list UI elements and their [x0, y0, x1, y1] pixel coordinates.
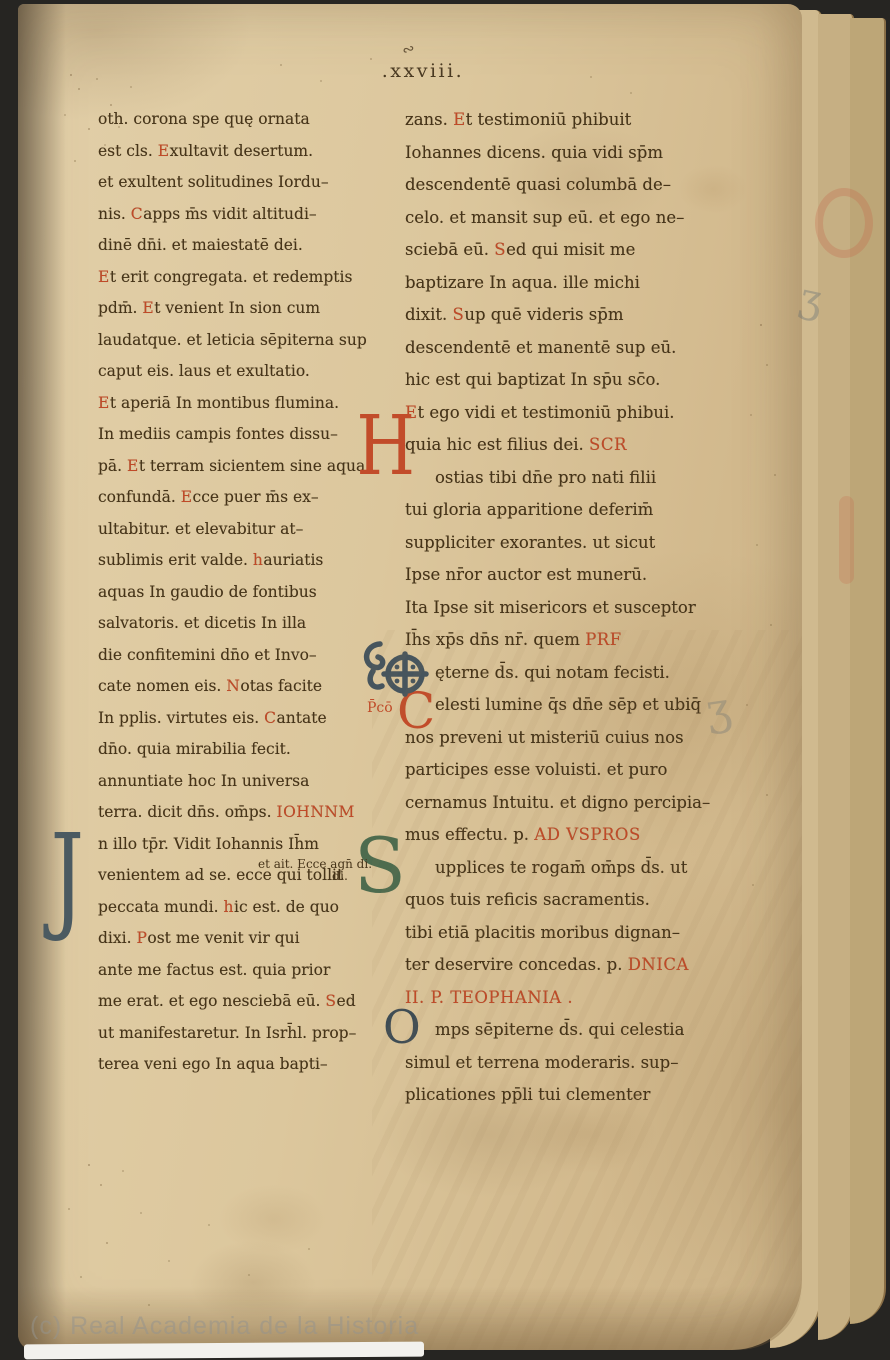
manuscript-text: et exultent solitudines Iordu–	[98, 173, 329, 191]
text-line: caput eis. laus et exultatio.	[98, 356, 367, 388]
manuscript-text: terra. dicit dn̄s. om̄ps.	[98, 803, 276, 821]
text-line: descendentē quasi columbā de–	[405, 169, 710, 202]
text-line: Ita Ipse sit misericors et susceptor	[405, 592, 710, 625]
text-line: elesti lumine q̄s dn̄e sēp et ubiq̄	[405, 689, 710, 722]
manuscript-text: pdm̄.	[98, 299, 142, 317]
manuscript-text: otas facite	[240, 677, 322, 695]
text-line: sciebā eū. Sed qui misit me	[405, 234, 710, 267]
text-line: Iohannes dicens. quia vidi sp̄m	[405, 137, 710, 170]
manuscript-text: Ita Ipse sit misericors et susceptor	[405, 598, 696, 617]
manuscript-text: quos tuis reficis sacramentis.	[405, 890, 650, 909]
text-line: dinē dn̄i. et maiestatē dei.	[98, 230, 367, 262]
rubric-text: N	[226, 677, 240, 695]
manuscript-text: auriatis	[263, 551, 323, 569]
manuscript-text: Iohannes dicens. quia vidi sp̄m	[405, 143, 663, 162]
manuscript-text: ost me venit vir qui	[147, 929, 299, 947]
pen-trial-mark: ∾	[400, 38, 418, 59]
text-line: dn̄o. quia mirabilia fecit.	[98, 734, 367, 766]
text-line: II. P. TEOPHANIA .	[405, 982, 710, 1015]
manuscript-text: ed qui misit me	[506, 240, 635, 259]
manuscript-text: annuntiate hoc In universa	[98, 772, 309, 790]
manuscript-text: antate	[277, 709, 327, 727]
rubric-text: E	[158, 142, 170, 160]
text-line: confundā. Ecce puer m̄s ex–	[98, 482, 367, 514]
initial-caelesti-c: C	[397, 686, 435, 736]
manuscript-text: up quē videris sp̄m	[464, 305, 623, 324]
text-line: quos tuis reficis sacramentis.	[405, 884, 710, 917]
manuscript-text: xultavit desertum.	[170, 142, 314, 160]
text-line: ultabitur. et elevabitur at–	[98, 514, 367, 546]
manuscript-text: ultabitur. et elevabitur at–	[98, 520, 303, 538]
text-line: Et erit congregata. et redemptis	[98, 262, 367, 294]
manuscript-text: Ih̄s xp̄s dn̄s nr̄. quem	[405, 630, 585, 649]
manuscript-text: mps sēpiterne d̄s. qui celestia	[435, 1020, 684, 1039]
interlinear-gloss-overflow: di.	[332, 868, 348, 883]
manuscript-text: t terram sicientem sine aqua	[139, 457, 365, 475]
rubric-text: S	[494, 240, 506, 259]
folio-number: .xxviii.	[348, 60, 498, 82]
manuscript-text: apps m̄s vidit altitudi–	[143, 205, 317, 223]
rubric-text: IOHNNM	[276, 803, 354, 821]
manuscript-text: dixit.	[405, 305, 453, 324]
rubric-text: E	[142, 299, 154, 317]
manuscript-text: laudatque. et leticia sēpiterna sup	[98, 331, 367, 349]
foxing-speckles	[70, 74, 72, 76]
text-line: Et ego vidi et testimoniū phibui.	[405, 397, 710, 430]
manuscript-text: terea veni ego In aqua bapti–	[98, 1055, 328, 1073]
text-line: In pplis. virtutes eis. Cantate	[98, 703, 367, 735]
text-line: upplices te rogam̄ om̄ps d̄s. ut	[405, 852, 710, 885]
manuscript-text: celo. et mansit sup eū. et ego ne–	[405, 208, 684, 227]
text-line: tui gloria apparitione deferim̄	[405, 494, 710, 527]
manuscript-text: Ipse nr̄or auctor est munerū.	[405, 565, 647, 584]
parchment-stain	[518, 1094, 658, 1174]
manuscript-text: nis.	[98, 205, 131, 223]
parchment-stain	[218, 1184, 328, 1254]
manuscript-text: cce puer m̄s ex–	[193, 488, 319, 506]
text-line: mus effectu. p. AD VSPROS	[405, 819, 710, 852]
manuscript-text: dixi.	[98, 929, 136, 947]
text-line: ostias tibi dn̄e pro nati filii	[405, 462, 710, 495]
manuscript-text: cate nomen eis.	[98, 677, 226, 695]
manuscript-text: suppliciter exorantes. ut sicut	[405, 533, 655, 552]
manuscript-text: plicationes pp̄li tui clementer	[405, 1085, 650, 1104]
text-line: nos preveni ut misteriū cuius nos	[405, 722, 710, 755]
text-line: nis. Capps m̄s vidit altitudi–	[98, 199, 367, 231]
manuscript-text: salvatoris. et dicetis In illa	[98, 614, 306, 632]
text-line: dixit. Sup quē videris sp̄m	[405, 299, 710, 332]
parchment-page: ∾ .xxviii. oth. corona spe quę ornataest…	[18, 4, 802, 1350]
manuscript-text: aquas In gaudio de fontibus	[98, 583, 317, 601]
text-line: Ipse nr̄or auctor est munerū.	[405, 559, 710, 592]
manuscript-text: est cls.	[98, 142, 158, 160]
text-line: suppliciter exorantes. ut sicut	[405, 527, 710, 560]
manuscript-text: ic est. de quo	[234, 898, 339, 916]
text-line: est cls. Exultavit desertum.	[98, 136, 367, 168]
post-communio-rubric: P̄cō	[367, 700, 393, 716]
text-line: laudatque. et leticia sēpiterna sup	[98, 325, 367, 357]
manuscript-text: mus effectu. p.	[405, 825, 534, 844]
manuscript-text: descendentē quasi columbā de–	[405, 175, 671, 194]
manuscript-text: sublimis erit valde.	[98, 551, 253, 569]
text-line: descendentē et manentē sup eū.	[405, 332, 710, 365]
manuscript-text: dinē dn̄i. et maiestatē dei.	[98, 236, 303, 254]
manuscript-text: simul et terrena moderaris. sup–	[405, 1053, 678, 1072]
text-line: pdm̄. Et venient In sion cum	[98, 293, 367, 325]
manuscript-text: pā.	[98, 457, 127, 475]
manuscript-text: t erit congregata. et redemptis	[110, 268, 353, 286]
manuscript-text: t venient In sion cum	[154, 299, 320, 317]
manuscript-text: quia hic est filius dei.	[405, 435, 589, 454]
rubric-text: E	[98, 268, 110, 286]
manuscript-text: In mediis campis fontes dissu–	[98, 425, 338, 443]
text-line: tibi etiā placitis moribus dignan–	[405, 917, 710, 950]
manuscript-text: tui gloria apparitione deferim̄	[405, 500, 653, 519]
manuscript-text: sciebā eū.	[405, 240, 494, 259]
text-line: participes esse voluisti. et puro	[405, 754, 710, 787]
manuscript-text: ed	[337, 992, 356, 1010]
show-through-mark	[839, 496, 854, 584]
text-line: ante me factus est. quia prior	[98, 955, 367, 987]
show-through-mark: ʒ	[703, 683, 735, 737]
manuscript-text: dn̄o. quia mirabilia fecit.	[98, 740, 291, 758]
backing-sheet	[24, 1342, 424, 1360]
rubric-text: DNICA	[628, 955, 689, 974]
manuscript-text: baptizare In aqua. ille michi	[405, 273, 640, 292]
rubric-text: AD VSPROS	[534, 825, 640, 844]
text-line: salvatoris. et dicetis In illa	[98, 608, 367, 640]
text-line: baptizare In aqua. ille michi	[405, 267, 710, 300]
text-line: mps sēpiterne d̄s. qui celestia	[405, 1014, 710, 1047]
rubric-text: P	[136, 929, 147, 947]
text-line: pā. Et terram sicientem sine aqua	[98, 451, 367, 483]
text-line: cernamus Intuitu. et digno percipia–	[405, 787, 710, 820]
text-line: annuntiate hoc In universa	[98, 766, 367, 798]
text-line: et exultent solitudines Iordu–	[98, 167, 367, 199]
text-line: plicationes pp̄li tui clementer	[405, 1079, 710, 1112]
manuscript-text: In pplis. virtutes eis.	[98, 709, 264, 727]
manuscript-text: peccata mundi.	[98, 898, 224, 916]
text-line: ter deservire concedas. p. DNICA	[405, 949, 710, 982]
manuscript-text: nos preveni ut misteriū cuius nos	[405, 728, 684, 747]
manuscript-text: me erat. et ego nesciebā eū.	[98, 992, 325, 1010]
text-line: peccata mundi. hic est. de quo	[98, 892, 367, 924]
rubric-text: E	[453, 110, 466, 129]
text-line: ut manifestaretur. In Isrh̄l. prop–	[98, 1018, 367, 1050]
manuscript-text: ter deservire concedas. p.	[405, 955, 628, 974]
text-line: terea veni ego In aqua bapti–	[98, 1049, 367, 1081]
rubric-text: C	[131, 205, 143, 223]
manuscript-text: caput eis. laus et exultatio.	[98, 362, 310, 380]
interlinear-gloss: et ait. Ecce agn̄ di.	[258, 857, 372, 871]
rubric-text: S	[453, 305, 465, 324]
rubric-text: SCR	[589, 435, 627, 454]
manuscript-text: tibi etiā placitis moribus dignan–	[405, 923, 680, 942]
text-line: Et aperiā In montibus flumina.	[98, 388, 367, 420]
manuscript-text: t aperiā In montibus flumina.	[110, 394, 339, 412]
manuscript-text: participes esse voluisti. et puro	[405, 760, 667, 779]
manuscript-text: ut manifestaretur. In Isrh̄l. prop–	[98, 1024, 356, 1042]
text-line: terra. dicit dn̄s. om̄ps. IOHNNM	[98, 797, 367, 829]
manuscript-text: oth. corona spe quę ornata	[98, 110, 310, 128]
manuscript-text: n illo tp̄r. Vidit Iohannis Ih̄m	[98, 835, 319, 853]
text-line: simul et terrena moderaris. sup–	[405, 1047, 710, 1080]
text-column-left: oth. corona spe quę ornataest cls. Exult…	[98, 104, 367, 1081]
text-line: hic est qui baptizat In sp̄u sc̄o.	[405, 364, 710, 397]
text-line: ęterne d̄s. qui notam fecisti.	[405, 657, 710, 690]
text-line: quia hic est filius dei. SCR	[405, 429, 710, 462]
initial-omnipotens-o: O	[383, 1004, 421, 1050]
manuscript-text: ante me factus est. quia prior	[98, 961, 330, 979]
rubric-text: S	[325, 992, 336, 1010]
rubric-text: PRF	[585, 630, 621, 649]
text-line: celo. et mansit sup eū. et ego ne–	[405, 202, 710, 235]
text-line: dixi. Post me venit vir qui	[98, 923, 367, 955]
text-line: die confitemini dn̄o et Invo–	[98, 640, 367, 672]
text-column-right: zans. Et testimoniū phibuitIohannes dice…	[405, 104, 710, 1112]
text-line: cate nomen eis. Notas facite	[98, 671, 367, 703]
manuscript-text: t ego vidi et testimoniū phibui.	[418, 403, 675, 422]
manuscript-text: descendentē et manentē sup eū.	[405, 338, 676, 357]
manuscript-text: t testimoniū phibuit	[466, 110, 632, 129]
manuscript-text: zans.	[405, 110, 453, 129]
copyright-watermark: (c) Real Academia de la Historia	[30, 1312, 419, 1341]
manuscript-text: ostias tibi dn̄e pro nati filii	[435, 468, 656, 487]
rubric-text: E	[181, 488, 193, 506]
rubric-text: h	[253, 551, 263, 569]
text-line: sublimis erit valde. hauriatis	[98, 545, 367, 577]
initial-gospel-i: J	[51, 820, 84, 936]
foxing-speckles	[760, 324, 762, 326]
rubric-text: h	[224, 898, 234, 916]
rubric-text: E	[98, 394, 110, 412]
manuscript-photo: ∾ .xxviii. oth. corona spe quę ornataest…	[0, 0, 890, 1360]
manuscript-text: die confitemini dn̄o et Invo–	[98, 646, 317, 664]
text-line: me erat. et ego nesciebā eū. Sed	[98, 986, 367, 1018]
manuscript-text: upplices te rogam̄ om̄ps d̄s. ut	[435, 858, 687, 877]
text-line: zans. Et testimoniū phibuit	[405, 104, 710, 137]
rubric-text: II. P. TEOPHANIA .	[405, 988, 573, 1007]
text-line: aquas In gaudio de fontibus	[98, 577, 367, 609]
text-line: n illo tp̄r. Vidit Iohannis Ih̄m	[98, 829, 367, 861]
manuscript-text: hic est qui baptizat In sp̄u sc̄o.	[405, 370, 660, 389]
text-line: Ih̄s xp̄s dn̄s nr̄. quem PRF	[405, 624, 710, 657]
manuscript-text: cernamus Intuitu. et digno percipia–	[405, 793, 710, 812]
foxing-speckles	[88, 1164, 90, 1166]
text-line: In mediis campis fontes dissu–	[98, 419, 367, 451]
manuscript-text: ęterne d̄s. qui notam fecisti.	[435, 663, 670, 682]
rubric-text: C	[264, 709, 276, 727]
show-through-mark	[815, 188, 873, 258]
rubric-text: E	[127, 457, 139, 475]
vere-dignum-monogram-icon	[356, 636, 432, 704]
initial-hostias-h: H	[356, 406, 415, 488]
text-line: oth. corona spe quę ornata	[98, 104, 367, 136]
manuscript-text: confundā.	[98, 488, 181, 506]
manuscript-text: elesti lumine q̄s dn̄e sēp et ubiq̄	[435, 695, 701, 714]
